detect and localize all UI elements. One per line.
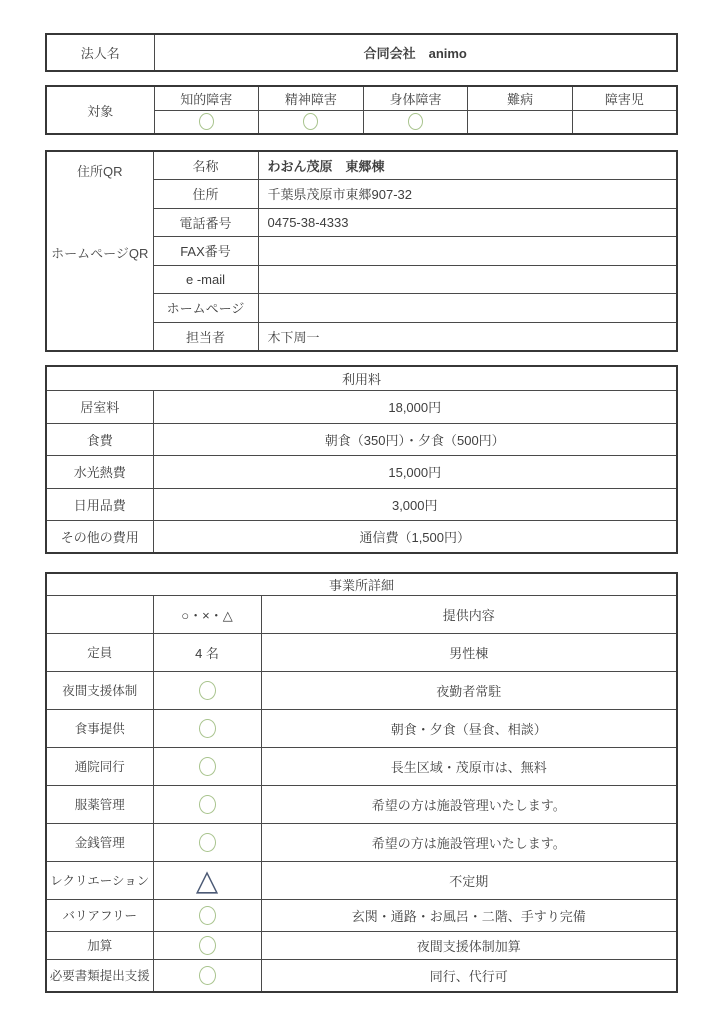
target-header-intellectual: 知的障害 [154, 86, 259, 110]
daily-goods-fee-value: 3,000円 [153, 488, 677, 521]
circle-mark-icon [199, 113, 214, 130]
homepage-value [258, 294, 677, 323]
night-support-mark-cell [153, 671, 261, 709]
target-mark-cell [363, 110, 468, 134]
target-header-children: 障害児 [572, 86, 677, 110]
utilities-fee-label: 水光熱費 [46, 456, 153, 489]
money-management-value: 希望の方は施設管理いたします。 [261, 823, 677, 861]
addition-label: 加算 [46, 931, 153, 959]
details-content-header: 提供内容 [261, 595, 677, 633]
medication-management-mark-cell [153, 785, 261, 823]
qr-cell: 住所QR ホームページQR [46, 151, 153, 351]
hospital-accompany-label: 通院同行 [46, 747, 153, 785]
homepage-label: ホームページ [153, 294, 258, 323]
money-management-label: 金銭管理 [46, 823, 153, 861]
night-support-value: 夜勤者常駐 [261, 671, 677, 709]
document-support-label: 必要書類提出支援 [46, 959, 153, 992]
medication-management-value: 希望の方は施設管理いたします。 [261, 785, 677, 823]
facility-name-label: 名称 [153, 151, 258, 180]
target-header-intractable: 難病 [468, 86, 573, 110]
circle-mark-icon [199, 833, 216, 852]
barrier-free-value: 玄関・通路・お風呂・二階、手すり完備 [261, 899, 677, 931]
facility-name-value: わおん茂原 東郷棟 [258, 151, 677, 180]
document-support-mark-cell [153, 959, 261, 992]
medication-management-label: 服薬管理 [46, 785, 153, 823]
fees-title: 利用料 [46, 366, 677, 391]
circle-mark-icon [408, 113, 423, 130]
barrier-free-mark-cell [153, 899, 261, 931]
document-support-value: 同行、代行可 [261, 959, 677, 992]
hospital-accompany-mark-cell [153, 747, 261, 785]
meal-fee-value: 朝食（350円）・夕食（500円） [153, 423, 677, 456]
email-value [258, 265, 677, 294]
contact-table: 住所QR ホームページQR 名称 わおん茂原 東郷棟 住所 千葉県茂原市東郷90… [45, 150, 678, 352]
barrier-free-label: バリアフリー [46, 899, 153, 931]
details-table: 事業所詳細 ○・×・△ 提供内容 定員 4 名 男性棟 夜間支援体制 夜勤者常駐… [45, 572, 678, 993]
address-qr-label: 住所QR [47, 161, 153, 180]
target-mark-cell [572, 110, 677, 134]
address-value: 千葉県茂原市東郷907-32 [258, 180, 677, 209]
corporate-name-table: 法人名 合同会社 animo [45, 33, 678, 72]
capacity-count: 4 名 [153, 633, 261, 671]
fax-label: FAX番号 [153, 237, 258, 266]
circle-mark-icon [199, 966, 216, 985]
capacity-label: 定員 [46, 633, 153, 671]
addition-mark-cell [153, 931, 261, 959]
recreation-value: 不定期 [261, 861, 677, 899]
money-management-mark-cell [153, 823, 261, 861]
corporate-name-label: 法人名 [46, 34, 154, 71]
target-table: 対象 知的障害 精神障害 身体障害 難病 障害児 [45, 85, 678, 135]
recreation-label: レクリエーション [46, 861, 153, 899]
fees-table: 利用料 居室料 18,000円 食費 朝食（350円）・夕食（500円） 水光熱… [45, 365, 678, 555]
corporate-name-value: 合同会社 animo [154, 34, 677, 71]
details-mark-header: ○・×・△ [153, 595, 261, 633]
meal-provision-label: 食事提供 [46, 709, 153, 747]
room-fee-label: 居室料 [46, 391, 153, 424]
recreation-mark-cell: △ [153, 861, 261, 899]
utilities-fee-value: 15,000円 [153, 456, 677, 489]
phone-value: 0475-38-4333 [258, 208, 677, 237]
other-fee-value: 通信費（1,500円） [153, 521, 677, 554]
contact-person-value: 木下周一 [258, 322, 677, 351]
homepage-qr-label: ホームページQR [47, 243, 153, 262]
target-mark-cell [259, 110, 364, 134]
room-fee-value: 18,000円 [153, 391, 677, 424]
triangle-mark-icon: △ [196, 866, 218, 895]
target-mark-cell [154, 110, 259, 134]
document-page: 法人名 合同会社 animo 対象 知的障害 精神障害 身体障害 難病 障害児 … [45, 33, 678, 993]
target-mark-cell [468, 110, 573, 134]
hospital-accompany-value: 長生区域・茂原市は、無料 [261, 747, 677, 785]
details-empty-header [46, 595, 153, 633]
target-label: 対象 [46, 86, 154, 134]
email-label: e -mail [153, 265, 258, 294]
target-header-physical: 身体障害 [363, 86, 468, 110]
circle-mark-icon [199, 795, 216, 814]
circle-mark-icon [303, 113, 318, 130]
fax-value [258, 237, 677, 266]
circle-mark-icon [199, 757, 216, 776]
night-support-label: 夜間支援体制 [46, 671, 153, 709]
circle-mark-icon [199, 719, 216, 738]
meal-provision-value: 朝食・夕食（昼食、相談） [261, 709, 677, 747]
target-header-mental: 精神障害 [259, 86, 364, 110]
capacity-value: 男性棟 [261, 633, 677, 671]
details-title: 事業所詳細 [46, 573, 677, 595]
circle-mark-icon [199, 936, 216, 955]
contact-person-label: 担当者 [153, 322, 258, 351]
meal-provision-mark-cell [153, 709, 261, 747]
daily-goods-fee-label: 日用品費 [46, 488, 153, 521]
phone-label: 電話番号 [153, 208, 258, 237]
other-fee-label: その他の費用 [46, 521, 153, 554]
addition-value: 夜間支援体制加算 [261, 931, 677, 959]
circle-mark-icon [199, 681, 216, 700]
circle-mark-icon [199, 906, 216, 925]
meal-fee-label: 食費 [46, 423, 153, 456]
address-label: 住所 [153, 180, 258, 209]
